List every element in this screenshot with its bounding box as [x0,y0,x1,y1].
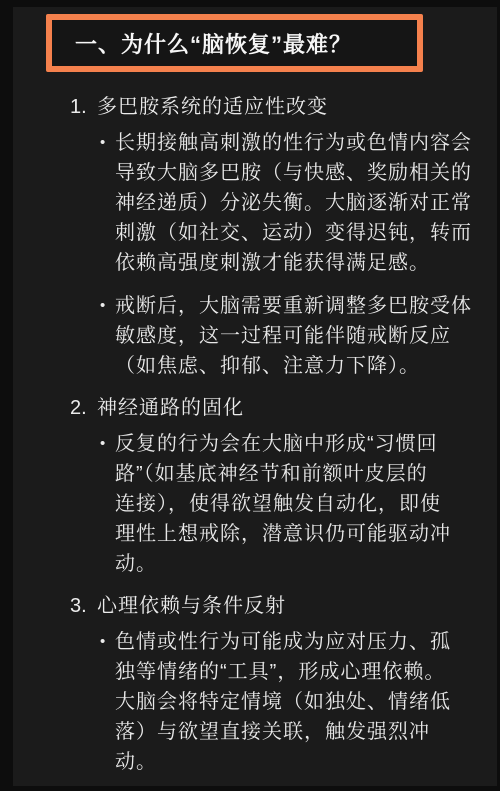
bullet-text: 色情或性行为可能成为应对压力、孤 独等情绪的“工具”，形成心理依赖。 大脑会将特… [115,627,497,777]
list-item: • 戒断后，大脑需要重新调整多巴胺受体 敏感度，这一过程可能伴随戒断反应 （如焦… [70,291,497,381]
section-neural-pathways: 2.神经通路的固化 • 反复的行为会在大脑中形成“习惯回 路”（如基底神经节和前… [70,393,497,579]
section-dopamine: 1.多巴胺系统的适应性改变 • 长期接触高刺激的性行为或色情内容会 导致大脑多巴… [70,92,497,381]
bullet-icon: • [100,291,115,321]
section-number: 3. [70,591,97,621]
section-psychological-dependence: 3.心理依赖与条件反射 • 色情或性行为可能成为应对压力、孤 独等情绪的“工具”… [70,591,497,777]
section-title-text: 心理依赖与条件反射 [97,595,286,617]
list-item: • 色情或性行为可能成为应对压力、孤 独等情绪的“工具”，形成心理依赖。 大脑会… [70,627,497,777]
bullet-icon: • [100,429,115,459]
section-title-text: 多巴胺系统的适应性改变 [97,96,328,118]
list-item: • 长期接触高刺激的性行为或色情内容会 导致大脑多巴胺（与快感、奖励相关的 神经… [70,128,497,278]
section-title: 2.神经通路的固化 [70,393,497,423]
section-number: 2. [70,393,97,423]
page-title: 一、为什么“脑恢复”最难？ [75,28,352,59]
bullet-text: 反复的行为会在大脑中形成“习惯回 路”（如基底神经节和前额叶皮层的 连接），使得… [115,429,497,579]
section-title-text: 神经通路的固化 [97,397,244,419]
bullet-text: 长期接触高刺激的性行为或色情内容会 导致大脑多巴胺（与快感、奖励相关的 神经递质… [115,128,497,278]
bullet-text: 戒断后，大脑需要重新调整多巴胺受体 敏感度，这一过程可能伴随戒断反应 （如焦虑、… [115,291,497,381]
main-heading-box: 一、为什么“脑恢复”最难？ [46,14,423,72]
section-title: 1.多巴胺系统的适应性改变 [70,92,497,122]
section-title: 3.心理依赖与条件反射 [70,591,497,621]
outline: 1.多巴胺系统的适应性改变 • 长期接触高刺激的性行为或色情内容会 导致大脑多巴… [13,92,497,777]
bullet-icon: • [100,627,115,657]
list-item: • 反复的行为会在大脑中形成“习惯回 路”（如基底神经节和前额叶皮层的 连接），… [70,429,497,579]
page-background: 一、为什么“脑恢复”最难？ 1.多巴胺系统的适应性改变 • 长期接触高刺激的性行… [13,7,497,786]
section-number: 1. [70,92,97,122]
bullet-icon: • [100,128,115,158]
